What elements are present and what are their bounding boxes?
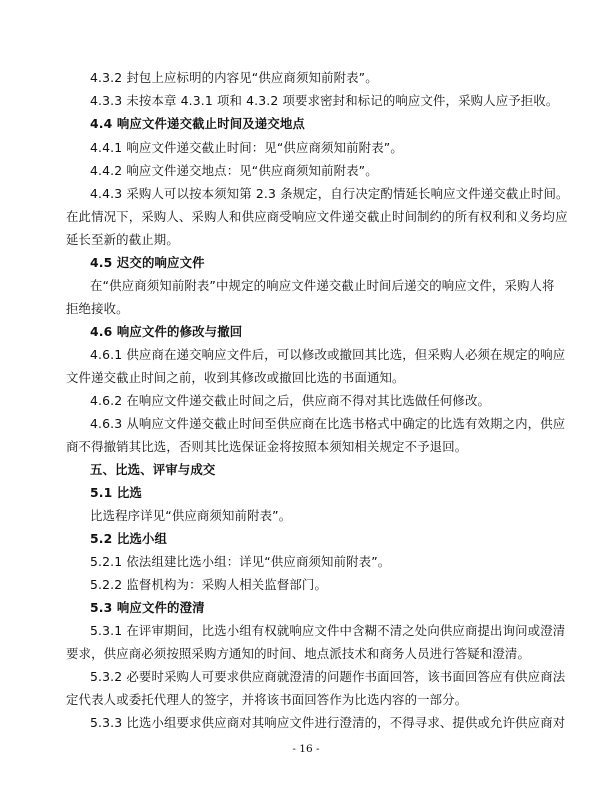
heading-section-5: 五、比选、评审与成交 (90, 462, 580, 478)
clause-5-3-1-cont: 要求，供应商必须按照采购方通知的时间、地点派技术和商务人员进行答疑和澄清。 (66, 646, 556, 662)
clause-4-6-3-cont: 商不得撤销其比选，否则其比选保证金将按照本须知相关规定不予退回。 (66, 439, 556, 455)
clause-4-6-1: 4.6.1 供应商在递交响应文件后，可以修改或撤回其比选，但采购人必须在规定的响… (90, 347, 580, 363)
clause-5-1-body: 比选程序详见“供应商须知前附表”。 (90, 508, 580, 524)
clause-4-6-1-cont: 文件递交截止时间之前，收到其修改或撤回比选的书面通知。 (66, 370, 556, 386)
clause-5-3-3: 5.3.3 比选小组要求供应商对其响应文件进行澄清的，不得寻求、提供或允许供应商… (90, 715, 580, 731)
clause-4-4-3-cont-1: 在此情况下，采购人、采购人和供应商受响应文件递交截止时间制约的所有权利和义务均应 (66, 209, 556, 225)
clause-4-5-body-cont: 拒绝接收。 (66, 301, 556, 317)
clause-5-2-1: 5.2.1 依法组建比选小组：详见“供应商须知前附表”。 (90, 554, 580, 570)
heading-5-3: 5.3 响应文件的澄清 (90, 600, 580, 616)
clause-4-5-body: 在“供应商须知前附表”中规定的响应文件递交截止时间后递交的响应文件，采购人将 (90, 278, 580, 294)
clause-5-3-1: 5.3.1 在评审期间，比选小组有权就响应文件中含糊不清之处向供应商提出询问或澄… (90, 623, 580, 639)
clause-4-3-3: 4.3.3 未按本章 4.3.1 项和 4.3.2 项要求密封和标记的响应文件，… (90, 93, 580, 109)
clause-5-3-2: 5.3.2 必要时采购人可要求供应商就澄清的问题作书面回答，该书面回答应有供应商… (90, 669, 580, 685)
clause-4-6-2: 4.6.2 在响应文件递交截止时间之后，供应商不得对其比选做任何修改。 (90, 393, 580, 409)
heading-4-4: 4.4 响应文件递交截止时间及递交地点 (90, 116, 580, 132)
heading-5-1: 5.1 比选 (90, 485, 580, 501)
clause-5-3-2-cont: 定代表人或委托代理人的签字，并将该书面回答作为比选内容的一部分。 (66, 692, 556, 708)
clause-4-6-3: 4.6.3 从响应文件递交截止时间至供应商在比选书格式中确定的比选有效期之内，供… (90, 416, 580, 432)
clause-4-4-3-cont-2: 延长至新的截止期。 (66, 232, 556, 248)
heading-5-2: 5.2 比选小组 (90, 531, 580, 547)
heading-4-6: 4.6 响应文件的修改与撤回 (90, 324, 580, 340)
clause-4-4-3: 4.4.3 采购人可以按本须知第 2.3 条规定，自行决定酌情延长响应文件递交截… (90, 186, 580, 202)
heading-4-5: 4.5 迟交的响应文件 (90, 255, 580, 271)
clause-4-3-2: 4.3.2 封包上应标明的内容见“供应商须知前附表”。 (90, 70, 580, 86)
clause-4-4-2: 4.4.2 响应文件递交地点：见“供应商须知前附表”。 (90, 163, 580, 179)
document-page: 4.3.2 封包上应标明的内容见“供应商须知前附表”。 4.3.3 未按本章 4… (0, 0, 612, 792)
clause-5-2-2: 5.2.2 监督机构为：采购人相关监督部门。 (90, 577, 580, 593)
page-number: - 16 - (0, 743, 612, 755)
clause-4-4-1: 4.4.1 响应文件递交截止时间：见“供应商须知前附表”。 (90, 140, 580, 156)
